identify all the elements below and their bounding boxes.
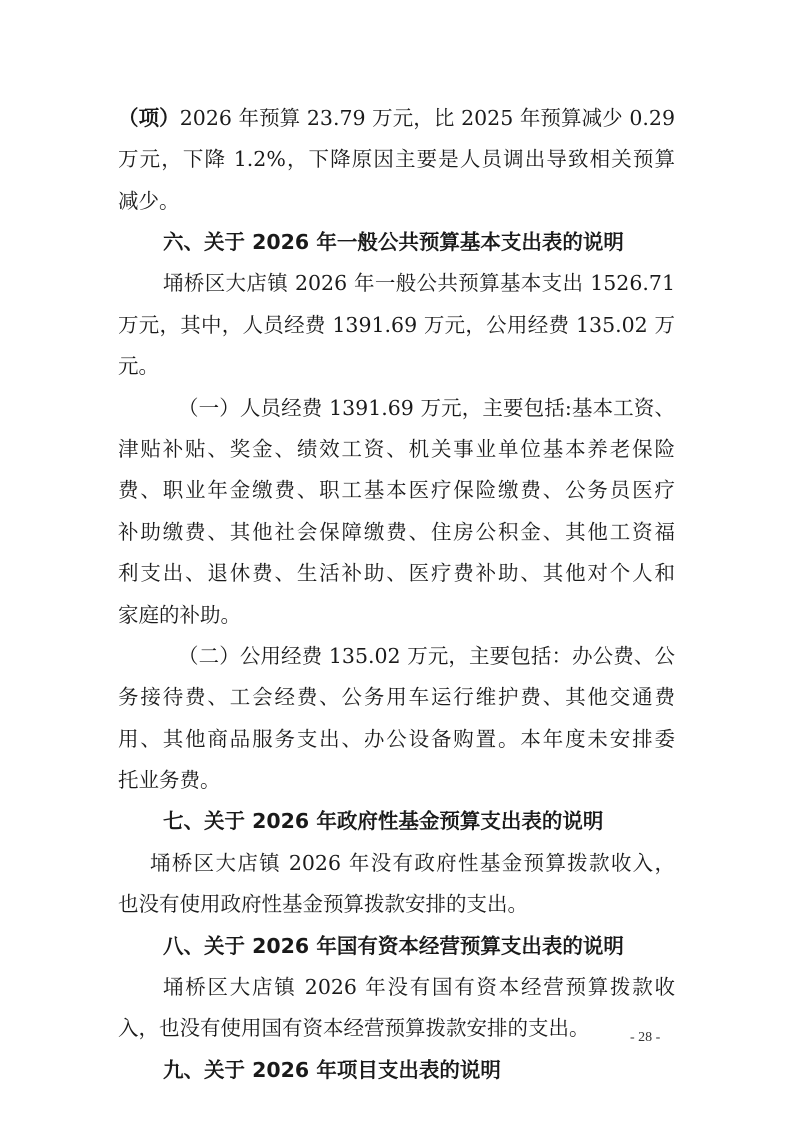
paragraph-line: （二）公用经费 135.02 万元，主要包括：办公费、公 [178,641,675,671]
paragraph-line: 减少。 [118,186,675,216]
paragraph-line: 入，也没有使用国有资本经营预算拨款安排的支出。 [118,1013,675,1043]
paragraph-line: 补助缴费、其他社会保障缴费、住房公积金、其他工资福 [118,517,675,547]
document-page: （项）2026 年预算 23.79 万元，比 2025 年预算减少 0.29 万… [0,0,793,1122]
paragraph-line: （项）2026 年预算 23.79 万元，比 2025 年预算减少 0.29 [118,103,675,133]
paragraph-line: 费、职业年金缴费、职工基本医疗保险缴费、公务员医疗 [118,475,675,505]
paragraph-line: 也没有使用政府性基金预算拨款安排的支出。 [118,889,675,919]
page-number: - 28 - [630,1030,660,1046]
paragraph-line: 用、其他商品服务支出、办公设备购置。本年度未安排委 [118,724,675,754]
section-heading-6: 六、关于 2026 年一般公共预算基本支出表的说明 [163,227,720,257]
paragraph-line: 务接待费、工会经费、公务用车运行维护费、其他交通费 [118,682,675,712]
section-heading-7: 七、关于 2026 年政府性基金预算支出表的说明 [163,806,720,836]
paragraph-line: 埇桥区大店镇 2026 年一般公共预算基本支出 1526.71 [163,268,675,298]
paragraph-line: 托业务费。 [118,765,675,795]
paragraph-line: 万元，其中，人员经费 1391.69 万元，公用经费 135.02 万 [118,310,675,340]
paragraph-line: 元。 [118,351,675,381]
paragraph-line: 万元，下降 1.2%，下降原因主要是人员调出导致相关预算 [118,144,675,174]
paragraph-line: （一）人员经费 1391.69 万元，主要包括:基本工资、 [178,393,675,423]
section-heading-9: 九、关于 2026 年项目支出表的说明 [163,1055,720,1085]
paragraph-line: 埇桥区大店镇 2026 年没有政府性基金预算拨款收入， [150,848,675,878]
paragraph-line: 津贴补贴、奖金、绩效工资、机关事业单位基本养老保险 [118,434,675,464]
paragraph-line: 利支出、退休费、生活补助、医疗费补助、其他对个人和 [118,558,675,588]
paragraph-line: 家庭的补助。 [118,600,675,630]
paragraph-line: 埇桥区大店镇 2026 年没有国有资本经营预算拨款收 [163,972,675,1002]
item-label: （项） [118,106,180,130]
section-heading-8: 八、关于 2026 年国有资本经营预算支出表的说明 [163,931,720,961]
